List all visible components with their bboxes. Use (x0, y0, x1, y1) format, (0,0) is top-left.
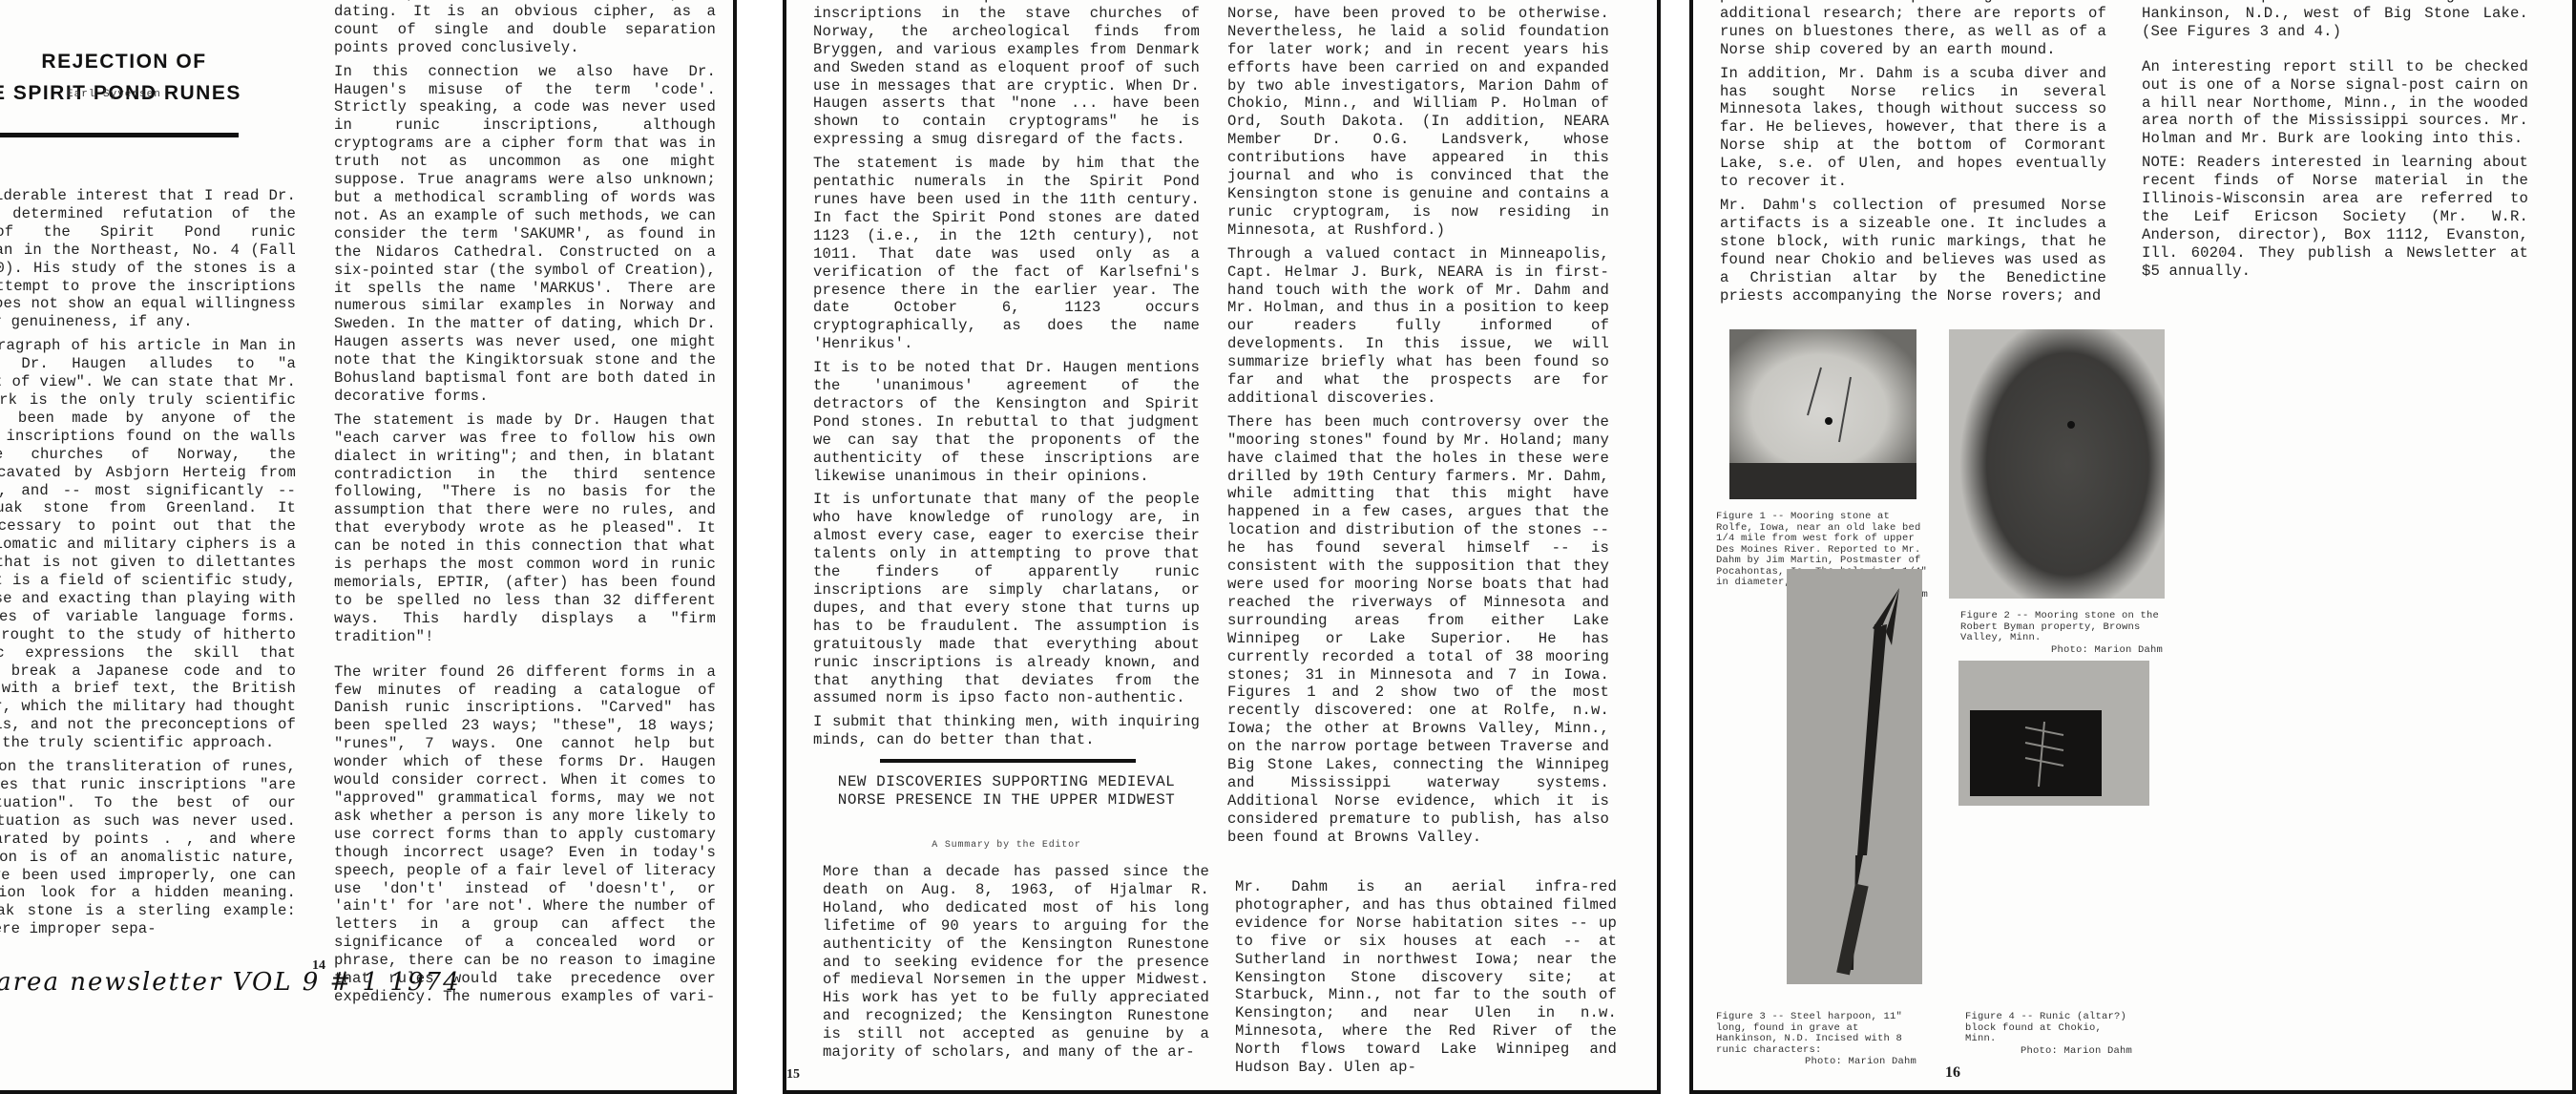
paragraph: The statement is made by Dr. Haugen that… (334, 411, 716, 646)
section-headline: NEW DISCOVERIES SUPPORTING MEDIEVAL NORS… (813, 773, 1200, 810)
handwritten-annotation: nearea newsletter VOL 9 # 1 1974 (0, 968, 461, 997)
paragraph: In the third paragraph of his article in… (0, 337, 296, 752)
figure-2-caption: Figure 2 -- Mooring stone on the Robert … (1960, 611, 2163, 656)
paragraph: It is with considerable interest that I … (0, 187, 296, 331)
page16-left-column: pears to be a promising site for additio… (1720, 0, 2106, 310)
paragraph: Mr. Dahm is an aerial infra-red photogra… (1235, 878, 1617, 1077)
page-14: COMMENTS ON DR. HAUGEN'S REJECTION OF TH… (0, 0, 737, 1094)
title-rule (0, 133, 239, 137)
paragraph: It is unfortunate that many of the peopl… (813, 491, 1200, 707)
paragraph: In this connection we also have Dr. Haug… (334, 63, 716, 406)
paragraph: tifacts that he found and believed to be… (1227, 0, 1609, 240)
page14-left-column: It is with considerable interest that I … (0, 187, 296, 944)
figure-3-photo (1787, 569, 1922, 984)
title-line-1: REJECTION OF (0, 46, 248, 77)
paragraph: An interesting report still to be checke… (2142, 58, 2528, 149)
page15-right-column: tifacts that he found and believed to be… (1227, 0, 1609, 852)
paragraph: In the section on the transliteration of… (0, 758, 296, 938)
figure-2-photo (1949, 329, 2165, 599)
article-author: Earl Syversen (67, 89, 161, 100)
caption-text: Figure 2 -- Mooring stone on the Robert … (1960, 610, 2159, 643)
paragraph: ration points, but also an incomplete da… (334, 0, 716, 57)
paragraph: ation from accepted form in runic inscri… (813, 0, 1200, 149)
mooring-stone-illustration (1729, 329, 1916, 499)
figure-4-photo (1958, 661, 2149, 806)
page-16: pears to be a promising site for additio… (1689, 0, 2576, 1094)
paragraph: a steel harpoon found in a grave at Hank… (2142, 0, 2528, 41)
paragraph: NOTE: Readers interested in learning abo… (2142, 154, 2528, 280)
mooring-stone-illustration (1949, 329, 2165, 599)
page-number: 16 (1945, 1064, 1960, 1082)
figure-3-caption: Figure 3 -- Steel harpoon, 11" long, fou… (1716, 1012, 1916, 1068)
paragraph: The writer found 26 different forms in a… (334, 663, 716, 1006)
page14-right-column: ration points, but also an incomplete da… (334, 0, 716, 1012)
photo-credit: Photo: Marion Dahm (1965, 1046, 2132, 1058)
paragraph: The statement is made by him that the pe… (813, 155, 1200, 353)
section-rule (880, 759, 1136, 763)
paragraph: More than a decade has passed since the … (823, 863, 1209, 1062)
page15-right-column-b: Mr. Dahm is an aerial infra-red photogra… (1235, 878, 1617, 1083)
paragraph: Mr. Dahm's collection of presumed Norse … (1720, 197, 2106, 305)
section-byline: A Summary by the Editor (813, 840, 1200, 851)
paragraph: There has been much controversy over the… (1227, 413, 1609, 847)
summary-body: More than a decade has passed since the … (823, 863, 1209, 1067)
paragraph: I submit that thinking men, with inquiri… (813, 713, 1200, 749)
harpoon-illustration (1787, 569, 1922, 984)
paragraph: In addition, Mr. Dahm is a scuba diver a… (1720, 65, 2106, 191)
photo-credit: Photo: Marion Dahm (1716, 1057, 1916, 1068)
page-15: ation from accepted form in runic inscri… (783, 0, 1661, 1094)
paragraph: It is to be noted that Dr. Haugen mentio… (813, 359, 1200, 485)
figure-1-photo (1729, 329, 1916, 499)
figure-4-caption: Figure 4 -- Runic (altar?) block found a… (1965, 1012, 2132, 1057)
paragraph: pears to be a promising site for additio… (1720, 0, 2106, 59)
caption-text: Figure 3 -- Steel harpoon, 11" long, fou… (1716, 1011, 1902, 1056)
page16-right-column: a steel harpoon found in a grave at Hank… (2142, 0, 2528, 286)
caption-text: Figure 4 -- Runic (altar?) block found a… (1965, 1011, 2126, 1044)
page15-left-column: ation from accepted form in runic inscri… (813, 0, 1200, 755)
page-number: 15 (786, 1067, 800, 1083)
paragraph: Through a valued contact in Minneapolis,… (1227, 245, 1609, 408)
runic-block-illustration (1958, 661, 2149, 806)
photo-credit: Photo: Marion Dahm (1960, 645, 2163, 657)
